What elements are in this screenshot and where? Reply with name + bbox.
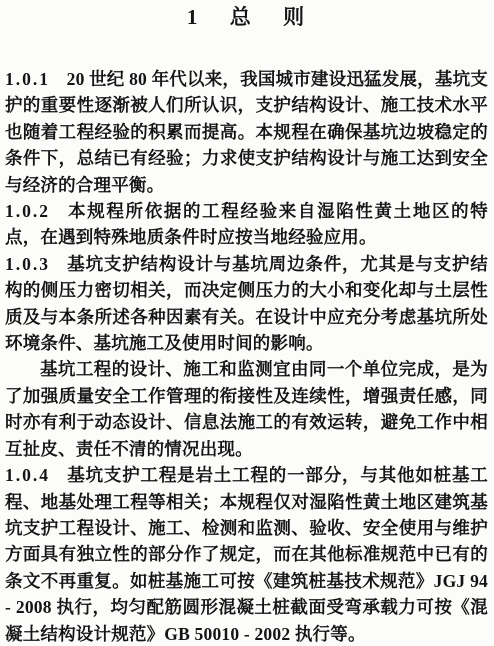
clause-text: 基坑工程的设计、施工和监测宜由同一个单位完成，是为了加强质量安全工作管理的衔接性… xyxy=(5,359,488,458)
clause-text: 20 世纪 80 年代以来，我国城市建设迅猛发展，基坑支护的重要性逐渐被人们所认… xyxy=(5,69,488,195)
clause-paragraph: 1.0.2本规程所依据的工程经验来自湿陷性黄土地区的特点，在遇到特殊地质条件时应… xyxy=(5,198,488,251)
clause-number: 1.0.1 xyxy=(5,66,50,92)
clause-paragraph: 1.0.120 世纪 80 年代以来，我国城市建设迅猛发展，基坑支护的重要性逐渐… xyxy=(5,66,488,198)
clause-paragraph: 1.0.3基坑支护结构设计与基坑周边条件，尤其是与支护结构的侧压力密切相关，而决… xyxy=(5,251,488,357)
clause-number: 1.0.3 xyxy=(5,251,50,277)
clause-text: 本规程所依据的工程经验来自湿陷性黄土地区的特点，在遇到特殊地质条件时应按当地经验… xyxy=(5,201,488,247)
clause-paragraph: 1.0.4基坑支护工程是岩土工程的一部分，与其他如桩基工程、地基处理工程等相关；… xyxy=(5,462,488,646)
clause-text: 基坑支护工程是岩土工程的一部分，与其他如桩基工程、地基处理工程等相关；本规程仅对… xyxy=(5,465,488,643)
clause-number: 1.0.4 xyxy=(5,462,50,488)
chapter-title: 1 总 则 xyxy=(5,4,488,30)
commentary-paragraph: 基坑工程的设计、施工和监测宜由同一个单位完成，是为了加强质量安全工作管理的衔接性… xyxy=(5,356,488,462)
document-body: 1.0.120 世纪 80 年代以来，我国城市建设迅猛发展，基坑支护的重要性逐渐… xyxy=(5,66,488,646)
clause-number: 1.0.2 xyxy=(5,198,50,224)
clause-text: 基坑支护结构设计与基坑周边条件，尤其是与支护结构的侧压力密切相关，而决定侧压力的… xyxy=(5,254,488,353)
document-page: 1 总 则 1.0.120 世纪 80 年代以来，我国城市建设迅猛发展，基坑支护… xyxy=(0,0,494,646)
